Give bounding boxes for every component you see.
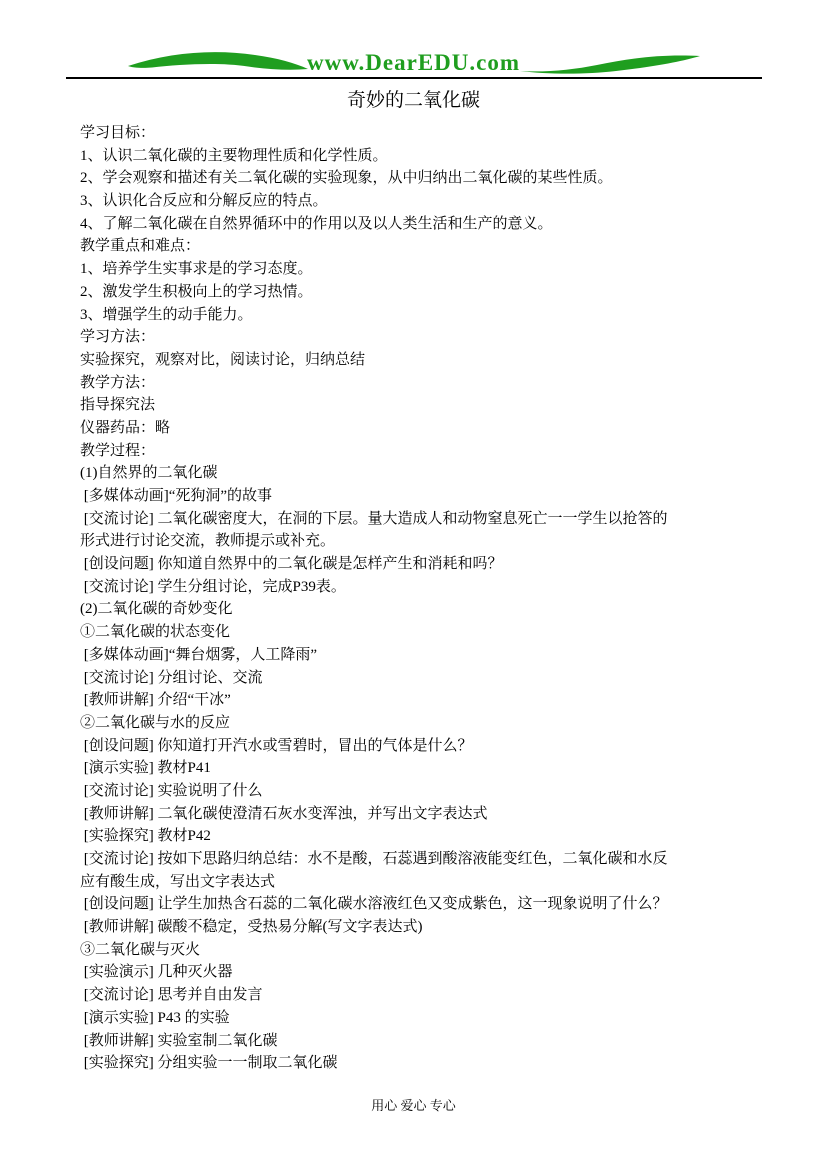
body-line: [创设问题] 你知道自然界中的二氧化碳是怎样产生和消耗和吗？ [80, 553, 772, 576]
site-header: www.DearEDU.com [0, 0, 827, 84]
body-line: 教学重点和难点： [80, 235, 772, 258]
body-line: 4、了解二氧化碳在自然界循环中的作用以及以人类生活和生产的意义。 [80, 213, 772, 236]
body-line: [演示实验] P43 的实验 [80, 1007, 772, 1030]
document-page: www.DearEDU.com 奇妙的二氧化碳 学习目标：1、认识二氧化碳的主要… [0, 0, 827, 1170]
body-line: 学习目标： [80, 122, 772, 145]
body-line: (2)二氧化碳的奇妙变化 [80, 598, 772, 621]
body-line: [实验探究] 教材P42 [80, 825, 772, 848]
body-line: [多媒体动画]“死狗洞”的故事 [80, 485, 772, 508]
body-line: [教师讲解] 二氧化碳使澄清石灰水变浑浊，并写出文字表达式 [80, 803, 772, 826]
body-line: [交流讨论] 思考并自由发言 [80, 984, 772, 1007]
body-line: [教师讲解] 介绍“干冰” [80, 689, 772, 712]
body-line: ③二氧化碳与灭火 [80, 939, 772, 962]
body-line: 仪器药品：略 [80, 417, 772, 440]
body-line: [演示实验] 教材P41 [80, 757, 772, 780]
body-line: [交流讨论] 二氧化碳密度大，在洞的下层。量大造成人和动物窒息死亡一一学生以抢答… [80, 508, 772, 531]
body-line: 1、培养学生实事求是的学习态度。 [80, 258, 772, 281]
body-line: [创设问题] 你知道打开汽水或雪碧时，冒出的气体是什么？ [80, 735, 772, 758]
body-line: 3、认识化合反应和分解反应的特点。 [80, 190, 772, 213]
body-line: 指导探究法 [80, 394, 772, 417]
body-line: [实验探究] 分组实验一一制取二氧化碳 [80, 1052, 772, 1075]
body-line: [实验演示] 几种灭火器 [80, 961, 772, 984]
header-divider [66, 77, 762, 79]
body-line: [教师讲解] 实验室制二氧化碳 [80, 1030, 772, 1053]
body-line: 实验探究，观察对比，阅读讨论，归纳总结 [80, 349, 772, 372]
body-line: ①二氧化碳的状态变化 [80, 621, 772, 644]
body-line: ②二氧化碳与水的反应 [80, 712, 772, 735]
body-line: 教学方法： [80, 372, 772, 395]
body-line: 应有酸生成，写出文字表达式 [80, 871, 772, 894]
page-title: 奇妙的二氧化碳 [0, 85, 827, 112]
body-line: 学习方法： [80, 326, 772, 349]
body-line: [交流讨论] 按如下思路归纳总结：水不是酸，石蕊遇到酸溶液能变红色，二氧化碳和水… [80, 848, 772, 871]
body-line: 2、学会观察和描述有关二氧化碳的实验现象，从中归纳出二氧化碳的某些性质。 [80, 167, 772, 190]
page-footer: 用心 爱心 专心 [0, 1095, 827, 1114]
body-line: [教师讲解] 碳酸不稳定，受热易分解(写文字表达式) [80, 916, 772, 939]
body-line: [交流讨论] 分组讨论、交流 [80, 667, 772, 690]
site-logo: www.DearEDU.com [0, 50, 827, 76]
body-line: (1)自然界的二氧化碳 [80, 462, 772, 485]
body-line: 教学过程： [80, 440, 772, 463]
body-line: 3、增强学生的动手能力。 [80, 304, 772, 327]
body-line: 2、激发学生积极向上的学习热情。 [80, 281, 772, 304]
body-line: 形式进行讨论交流，教师提示或补充。 [80, 530, 772, 553]
body-line: 1、认识二氧化碳的主要物理性质和化学性质。 [80, 145, 772, 168]
body-line: [交流讨论] 实验说明了什么 [80, 780, 772, 803]
body-line: [创设问题] 让学生加热含石蕊的二氧化碳水溶液红色又变成紫色，这一现象说明了什么… [80, 893, 772, 916]
body-line: [多媒体动画]“舞台烟雾，人工降雨” [80, 644, 772, 667]
document-body: 学习目标：1、认识二氧化碳的主要物理性质和化学性质。2、学会观察和描述有关二氧化… [80, 122, 772, 1075]
body-line: [交流讨论] 学生分组讨论，完成P39表。 [80, 576, 772, 599]
